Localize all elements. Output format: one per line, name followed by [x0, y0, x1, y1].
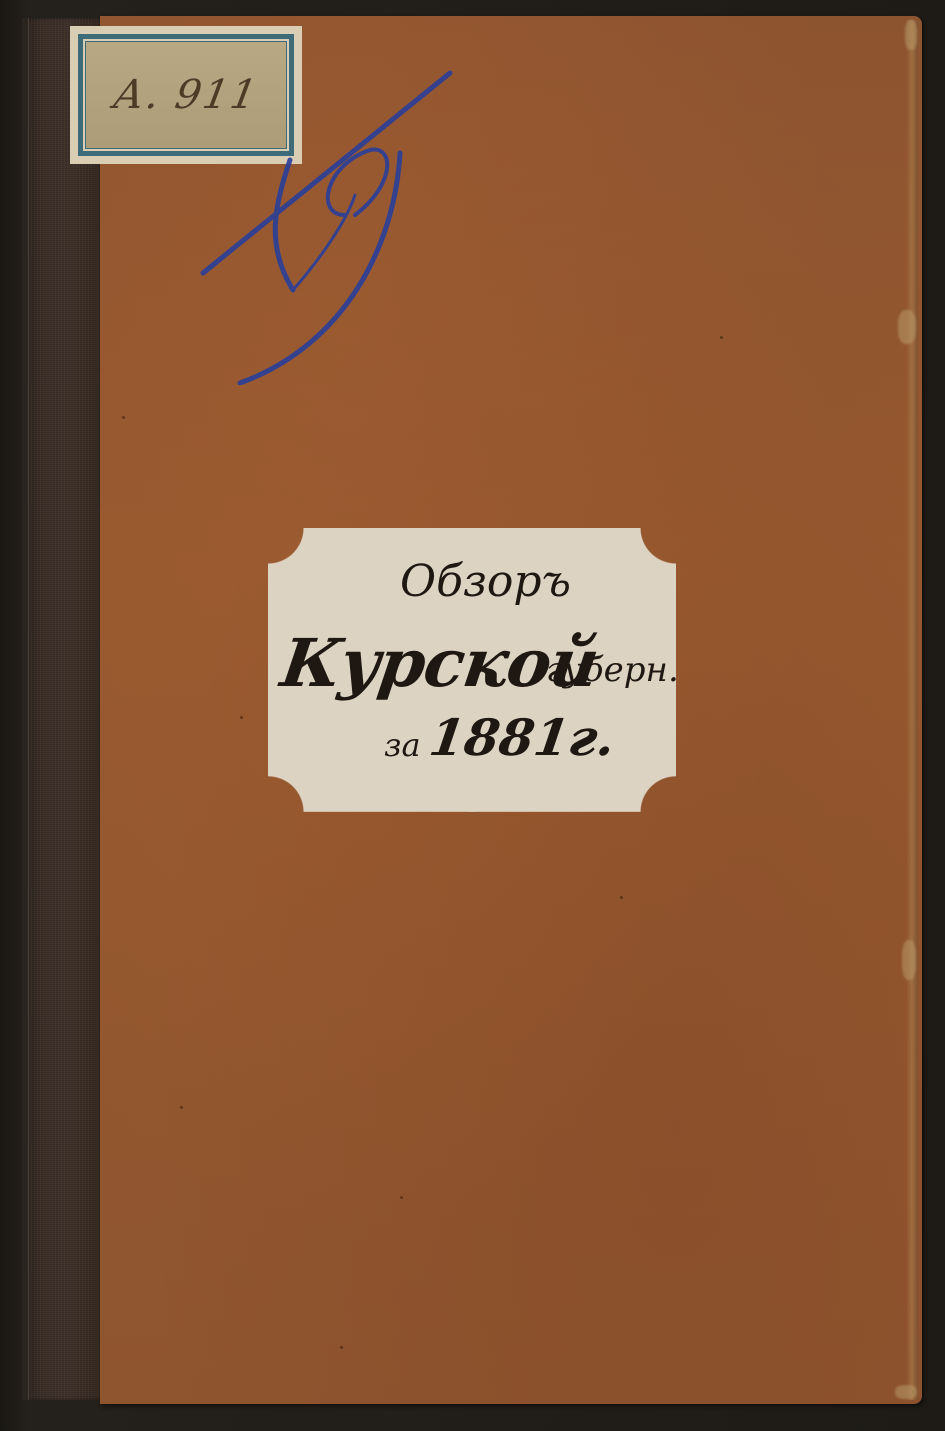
edge-wear: [905, 20, 917, 50]
speck: [400, 1196, 403, 1199]
title-line-for: за: [384, 726, 421, 764]
title-line-review: Обзоръ: [400, 556, 571, 607]
title-label: Обзоръ Курской губерн. за 1881г.: [268, 528, 676, 812]
edge-wear: [898, 310, 916, 344]
speck: [122, 416, 125, 419]
speck: [180, 1106, 183, 1109]
spine-edge: [22, 18, 29, 1400]
blue-pencil-mark: [195, 65, 465, 385]
speck: [620, 896, 623, 899]
speck: [720, 336, 723, 339]
edge-wear: [895, 1385, 917, 1399]
speck: [240, 716, 243, 719]
title-line-year: 1881г.: [426, 708, 619, 767]
title-line-province: губерн.: [546, 650, 679, 690]
book-spine: [22, 18, 102, 1400]
edge-wear: [902, 940, 916, 980]
speck: [340, 1346, 343, 1349]
cover-edge: [906, 20, 918, 1400]
